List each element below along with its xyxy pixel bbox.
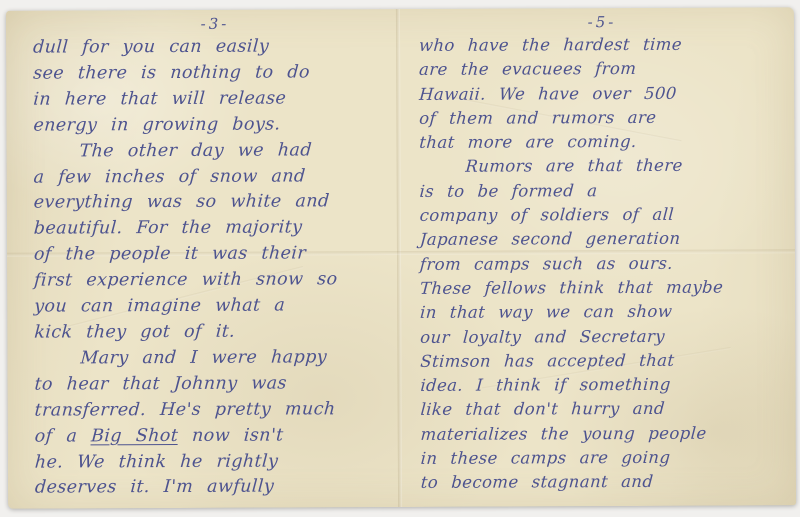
underlined-phrase: Big Shot	[90, 426, 178, 446]
handwritten-line: dull for you can easily	[32, 34, 400, 62]
handwritten-line: to become stagnant and	[420, 470, 790, 496]
handwritten-line: like that don't hurry and	[420, 397, 790, 423]
scanned-letter-scene: -3- dull for you can easilysee there is …	[0, 0, 800, 517]
handwritten-line: Japanese second generation	[419, 227, 789, 253]
handwritten-line: you can imagine what a	[33, 293, 401, 321]
handwritten-line: deserves it. I'm awfully	[34, 474, 402, 502]
handwritten-line: from camps such as ours.	[419, 251, 789, 277]
letter-paper: -3- dull for you can easilysee there is …	[6, 7, 796, 508]
handwritten-line: of the people it was their	[33, 241, 401, 269]
handwritten-line: Mary and I were happy	[33, 345, 401, 373]
handwritten-line: to hear that Johnny was	[34, 371, 402, 399]
handwritten-line: Rumors are that there	[419, 154, 789, 180]
handwritten-line: idea. I think if something	[420, 372, 790, 398]
letter-page-5: -5- who have the hardest timeare the eva…	[418, 7, 788, 495]
handwritten-line: Hawaii. We have over 500	[418, 81, 788, 107]
handwritten-line: of them and rumors are	[418, 105, 788, 131]
handwritten-line: that more are coming.	[419, 129, 789, 155]
handwritten-line: our loyalty and Secretary	[419, 324, 789, 350]
handwritten-line: The other day we had	[33, 138, 401, 166]
handwritten-line: in here that will release	[32, 86, 400, 114]
handwritten-line: see there is nothing to do	[32, 60, 400, 88]
handwritten-line: are the evacuees from	[418, 57, 788, 83]
page-number: -3-	[32, 9, 398, 36]
handwritten-line: a few inches of snow and	[33, 164, 401, 192]
handwritten-line: is to be formed a	[419, 178, 789, 204]
handwritten-line: in these camps are going	[420, 445, 790, 471]
handwritten-line: kick they got of it.	[33, 319, 401, 347]
handwritten-line: of a Big Shot now isn't	[34, 423, 402, 451]
page-number: -5-	[418, 7, 786, 34]
handwritten-line: in that way we can show	[419, 300, 789, 326]
handwritten-line: beautiful. For the majority	[33, 215, 401, 243]
handwritten-text-block: who have the hardest timeare the evacuee…	[418, 32, 788, 495]
handwritten-line: These fellows think that maybe	[419, 275, 789, 301]
handwritten-line: everything was so white and	[33, 189, 401, 217]
handwritten-line: first experience with snow so	[33, 267, 401, 295]
handwritten-line: energy in growing boys.	[32, 112, 400, 140]
handwritten-line: materializes the young people	[420, 421, 790, 447]
handwritten-text-block: dull for you can easilysee there is noth…	[32, 34, 400, 502]
handwritten-line: he. We think he rightly	[34, 448, 402, 476]
handwritten-line: transferred. He's pretty much	[34, 397, 402, 425]
handwritten-line: who have the hardest time	[418, 32, 788, 58]
letter-page-3: -3- dull for you can easilysee there is …	[32, 9, 400, 502]
handwritten-line: Stimson has accepted that	[420, 348, 790, 374]
handwritten-line: company of soldiers of all	[419, 202, 789, 228]
